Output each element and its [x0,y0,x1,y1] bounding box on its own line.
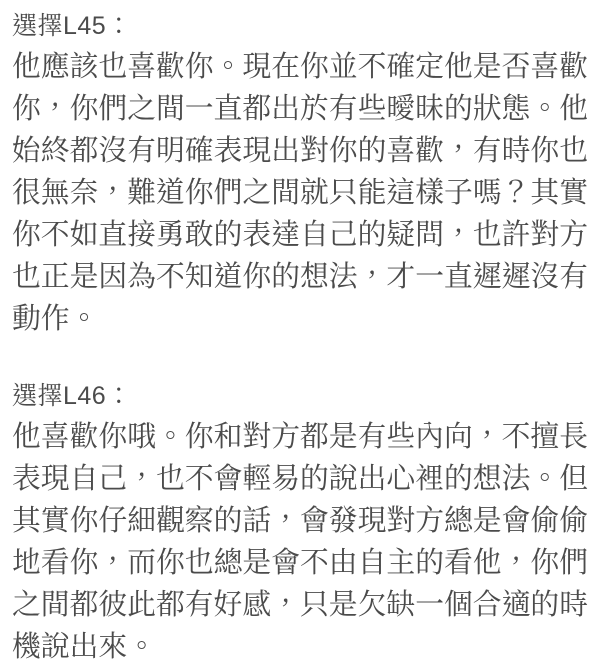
document-page: 選擇L45： 他應該也喜歡你。現在你並不確定他是否喜歡你，你們之間一直都出於有些… [0,0,600,670]
section-heading-l46: 選擇L46： [12,376,588,416]
section-body-l45: 他應該也喜歡你。現在你並不確定他是否喜歡你，你們之間一直都出於有些曖昧的狀態。他… [12,46,588,340]
section-body-l46: 他喜歡你哦。你和對方都是有些內向，不擅長表現自己，也不會輕易的說出心裡的想法。但… [12,416,588,668]
section-heading-l45: 選擇L45： [12,6,588,46]
answer-section-l46: 選擇L46： 他喜歡你哦。你和對方都是有些內向，不擅長表現自己，也不會輕易的說出… [12,376,588,668]
answer-section-l45: 選擇L45： 他應該也喜歡你。現在你並不確定他是否喜歡你，你們之間一直都出於有些… [12,6,588,340]
